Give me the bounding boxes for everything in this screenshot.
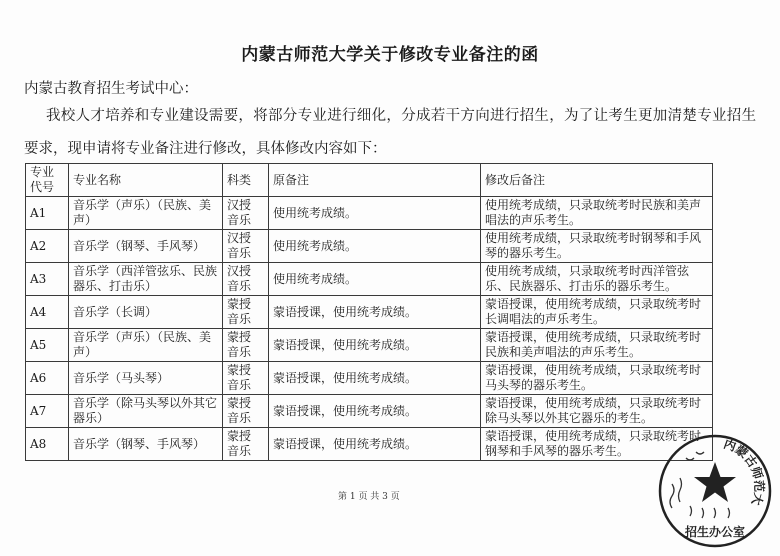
table-row: A1 音乐学（声乐）（民族、美声） 汉授音乐 使用统考成绩。 使用统考成绩，只录… bbox=[26, 197, 713, 230]
header-code: 专业代号 bbox=[26, 164, 69, 197]
cell-category: 蒙授音乐 bbox=[223, 428, 269, 461]
cell-category: 蒙授音乐 bbox=[223, 362, 269, 395]
cell-code: A1 bbox=[26, 197, 69, 230]
category-line-1: 蒙授 bbox=[227, 363, 264, 378]
official-seal: 内蒙古师范大学 招生办公室 bbox=[656, 432, 774, 550]
body-paragraph-line-1: 我校人才培养和专业建设需要，将部分专业进行细化，分成若干方向进行招生，为了让考生… bbox=[46, 104, 756, 125]
table-header-row: 专业代号 专业名称 科类 原备注 修改后备注 bbox=[26, 164, 713, 197]
cell-category: 蒙授音乐 bbox=[223, 395, 269, 428]
cell-original-note: 蒙语授课，使用统考成绩。 bbox=[269, 296, 481, 329]
cell-category: 蒙授音乐 bbox=[223, 296, 269, 329]
cell-original-note: 使用统考成绩。 bbox=[269, 197, 481, 230]
category-line-2: 音乐 bbox=[227, 345, 264, 360]
cell-name: 音乐学（西洋管弦乐、民族器乐、打击乐） bbox=[69, 263, 223, 296]
salutation: 内蒙古教育招生考试中心： bbox=[24, 77, 198, 98]
category-line-2: 音乐 bbox=[227, 411, 264, 426]
cell-code: A5 bbox=[26, 329, 69, 362]
category-line-1: 蒙授 bbox=[227, 330, 264, 345]
category-line-2: 音乐 bbox=[227, 444, 264, 459]
cell-revised-note: 使用统考成绩，只录取统考时钢琴和手风琴的器乐考生。 bbox=[481, 230, 713, 263]
cell-code: A7 bbox=[26, 395, 69, 428]
category-line-1: 蒙授 bbox=[227, 297, 264, 312]
cell-name: 音乐学（马头琴） bbox=[69, 362, 223, 395]
cell-revised-note: 蒙语授课，使用统考成绩，只录取统考时除马头琴以外其它器乐的考生。 bbox=[481, 395, 713, 428]
cell-name: 音乐学（声乐）（民族、美声） bbox=[69, 329, 223, 362]
cell-name: 音乐学（钢琴、手风琴） bbox=[69, 428, 223, 461]
cell-original-note: 蒙语授课，使用统考成绩。 bbox=[269, 428, 481, 461]
table-row: A7 音乐学（除马头琴以外其它器乐） 蒙授音乐 蒙语授课，使用统考成绩。 蒙语授… bbox=[26, 395, 713, 428]
table-row: A3 音乐学（西洋管弦乐、民族器乐、打击乐） 汉授音乐 使用统考成绩。 使用统考… bbox=[26, 263, 713, 296]
cell-original-note: 蒙语授课，使用统考成绩。 bbox=[269, 362, 481, 395]
category-line-2: 音乐 bbox=[227, 312, 264, 327]
cell-code: A3 bbox=[26, 263, 69, 296]
cell-revised-note: 使用统考成绩，只录取统考时民族和美声唱法的声乐考生。 bbox=[481, 197, 713, 230]
cell-name: 音乐学（声乐）（民族、美声） bbox=[69, 197, 223, 230]
document-title: 内蒙古师范大学关于修改专业备注的函 bbox=[0, 40, 780, 65]
cell-revised-note: 蒙语授课，使用统考成绩，只录取统考时马头琴的器乐考生。 bbox=[481, 362, 713, 395]
cell-name: 音乐学（长调） bbox=[69, 296, 223, 329]
category-line-1: 汉授 bbox=[227, 198, 264, 213]
category-line-2: 音乐 bbox=[227, 246, 264, 261]
cell-original-note: 使用统考成绩。 bbox=[269, 263, 481, 296]
category-line-1: 汉授 bbox=[227, 231, 264, 246]
cell-revised-note: 使用统考成绩，只录取统考时西洋管弦乐、民族器乐、打击乐的器乐考生。 bbox=[481, 263, 713, 296]
table-row: A4 音乐学（长调） 蒙授音乐 蒙语授课，使用统考成绩。 蒙语授课，使用统考成绩… bbox=[26, 296, 713, 329]
header-name: 专业名称 bbox=[69, 164, 223, 197]
category-line-2: 音乐 bbox=[227, 378, 264, 393]
cell-category: 汉授音乐 bbox=[223, 230, 269, 263]
header-category: 科类 bbox=[223, 164, 269, 197]
cell-category: 汉授音乐 bbox=[223, 197, 269, 230]
cell-original-note: 使用统考成绩。 bbox=[269, 230, 481, 263]
page-indicator: 第 1 页 共 3 页 bbox=[338, 489, 400, 502]
table-row: A2 音乐学（钢琴、手风琴） 汉授音乐 使用统考成绩。 使用统考成绩，只录取统考… bbox=[26, 230, 713, 263]
cell-revised-note: 蒙语授课，使用统考成绩，只录取统考时民族和美声唱法的声乐考生。 bbox=[481, 329, 713, 362]
cell-code: A8 bbox=[26, 428, 69, 461]
category-line-2: 音乐 bbox=[227, 213, 264, 228]
major-notes-table: 专业代号 专业名称 科类 原备注 修改后备注 A1 音乐学（声乐）（民族、美声）… bbox=[25, 163, 713, 461]
header-original-note: 原备注 bbox=[269, 164, 481, 197]
cell-code: A6 bbox=[26, 362, 69, 395]
seal-icon: 内蒙古师范大学 招生办公室 bbox=[656, 432, 774, 550]
table-row: A6 音乐学（马头琴） 蒙授音乐 蒙语授课，使用统考成绩。 蒙语授课，使用统考成… bbox=[26, 362, 713, 395]
cell-category: 蒙授音乐 bbox=[223, 329, 269, 362]
category-line-1: 汉授 bbox=[227, 264, 264, 279]
cell-original-note: 蒙语授课，使用统考成绩。 bbox=[269, 395, 481, 428]
seal-bottom-text: 招生办公室 bbox=[684, 524, 745, 539]
body-paragraph-line-2: 要求，现申请将专业备注进行修改，具体修改内容如下： bbox=[24, 137, 387, 158]
cell-code: A2 bbox=[26, 230, 69, 263]
category-line-1: 蒙授 bbox=[227, 429, 264, 444]
table-row: A8 音乐学（钢琴、手风琴） 蒙授音乐 蒙语授课，使用统考成绩。 蒙语授课，使用… bbox=[26, 428, 713, 461]
category-line-1: 蒙授 bbox=[227, 396, 264, 411]
cell-name: 音乐学（除马头琴以外其它器乐） bbox=[69, 395, 223, 428]
cell-category: 汉授音乐 bbox=[223, 263, 269, 296]
header-revised-note: 修改后备注 bbox=[481, 164, 713, 197]
cell-revised-note: 蒙语授课，使用统考成绩，只录取统考时长调唱法的声乐考生。 bbox=[481, 296, 713, 329]
cell-code: A4 bbox=[26, 296, 69, 329]
cell-original-note: 蒙语授课，使用统考成绩。 bbox=[269, 329, 481, 362]
category-line-2: 音乐 bbox=[227, 279, 264, 294]
table-row: A5 音乐学（声乐）（民族、美声） 蒙授音乐 蒙语授课，使用统考成绩。 蒙语授课… bbox=[26, 329, 713, 362]
cell-name: 音乐学（钢琴、手风琴） bbox=[69, 230, 223, 263]
star-icon bbox=[694, 462, 736, 502]
